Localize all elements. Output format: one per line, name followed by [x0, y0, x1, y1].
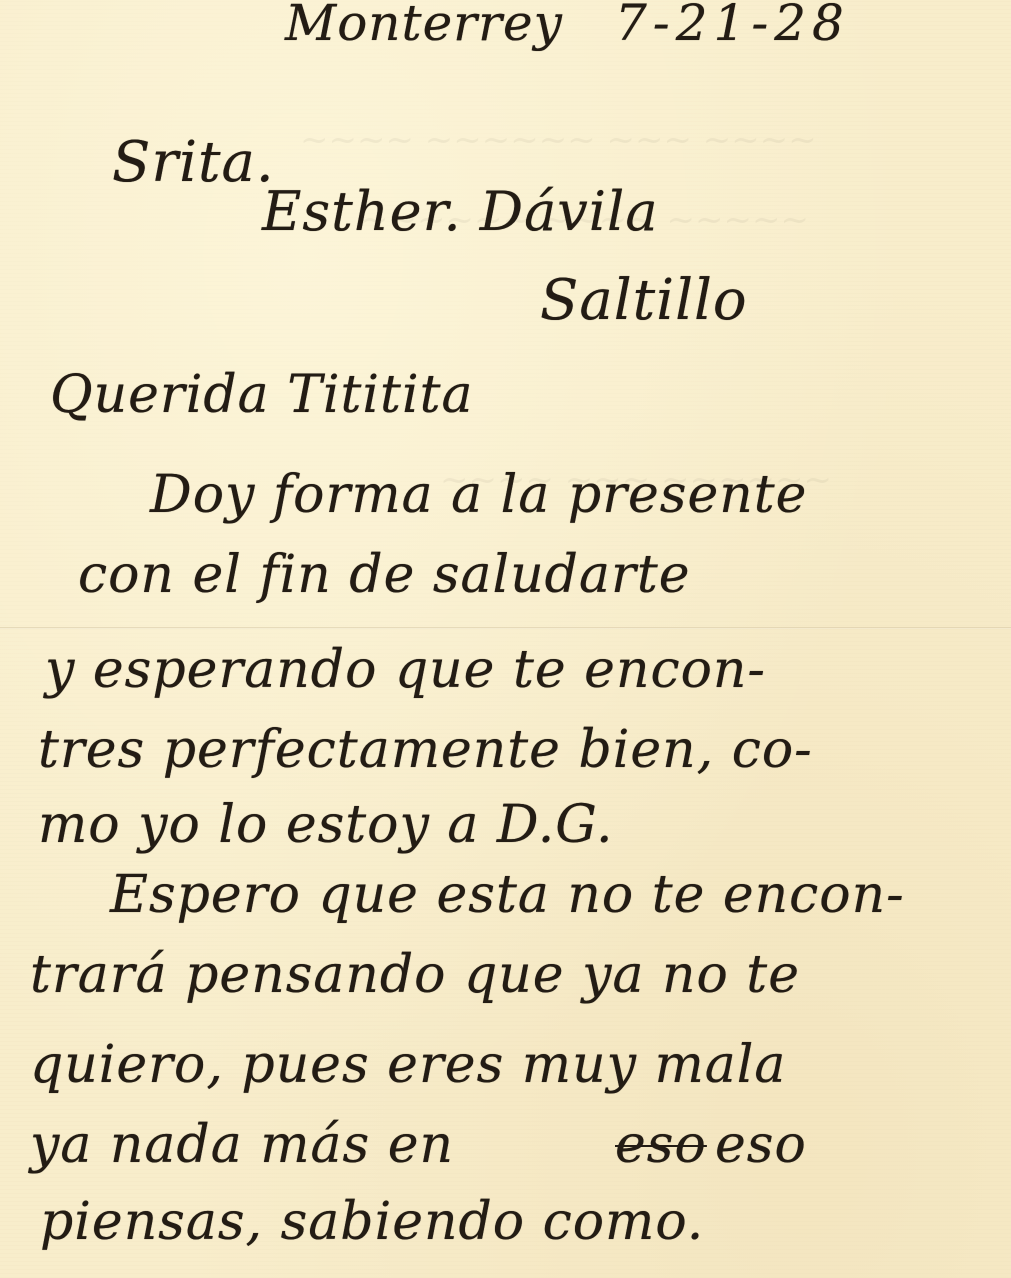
date-text: 7-21-28 [615, 0, 850, 52]
bleed-through-text: ~~~~ ~~~~~~ ~~~ ~~~~ [300, 120, 817, 160]
body-line-8: quiero, pues eres muy mala [30, 1035, 786, 1095]
struck-out-word: eso [615, 1115, 707, 1175]
body-line-7: trará pensando que ya no te [30, 945, 800, 1005]
body-line-9-end: eso [715, 1115, 807, 1175]
body-line-2: con el fin de saludarte [78, 545, 691, 605]
body-line-10: piensas, sabiendo como. [40, 1192, 704, 1252]
recipient-title: Srita. [112, 130, 275, 195]
body-line-5: mo yo lo estoy a D.G. [38, 795, 614, 855]
fold-crease [0, 627, 1011, 629]
body-line-4: tres perfectamente bien, co- [38, 720, 813, 780]
recipient-city: Saltillo [540, 268, 748, 333]
place-text: Monterrey [285, 0, 563, 52]
body-line-1: Doy forma a la presente [150, 465, 807, 525]
body-line-6: Espero que esta no te encon- [110, 865, 905, 925]
body-line-3: y esperando que te encon- [45, 640, 766, 700]
body-line-9: ya nada más en [30, 1115, 454, 1175]
salutation: Querida Tititita [50, 365, 473, 425]
recipient-name: Esther. Dávila [262, 180, 659, 243]
